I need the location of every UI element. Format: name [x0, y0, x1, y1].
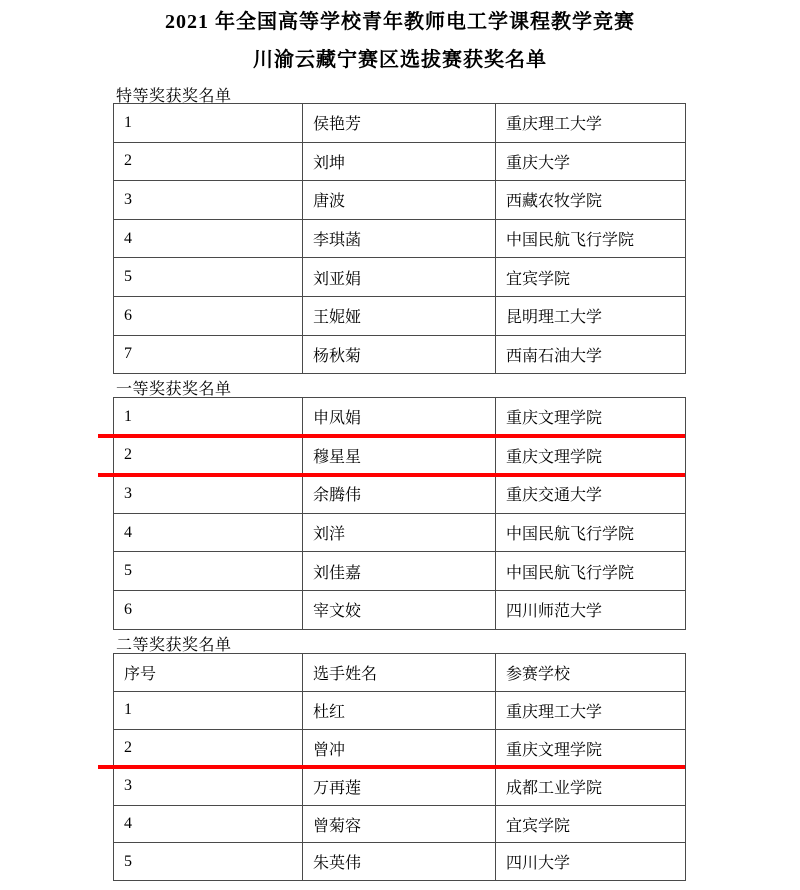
table-row: 1杜红重庆理工大学	[114, 691, 686, 729]
table-row: 5朱英伟四川大学	[114, 843, 686, 881]
name-cell: 曾冲	[303, 729, 496, 767]
table-row: 4曾菊容宜宾学院	[114, 805, 686, 843]
school-cell: 中国民航飞行学院	[496, 513, 686, 552]
table-row: 2刘坤重庆大学	[114, 142, 686, 181]
name-cell: 侯艳芳	[303, 104, 496, 143]
red-underline	[98, 473, 685, 477]
header-rank: 序号	[114, 654, 303, 692]
rank-cell: 4	[114, 513, 303, 552]
name-cell: 刘亚娟	[303, 258, 496, 297]
table-row: 5刘佳嘉中国民航飞行学院	[114, 552, 686, 591]
school-cell: 重庆交通大学	[496, 475, 686, 514]
award-document-page: 2021 年全国高等学校青年教师电工学课程教学竞赛 川渝云藏宁赛区选拔赛获奖名单…	[0, 0, 800, 890]
school-cell: 四川师范大学	[496, 590, 686, 629]
special-prize-table: 1侯艳芳重庆理工大学2刘坤重庆大学3唐波西藏农牧学院4李琪菡中国民航飞行学院5刘…	[113, 103, 685, 374]
school-cell: 宜宾学院	[496, 805, 686, 843]
section-label-second-prize: 二等奖获奖名单	[116, 632, 232, 655]
table-row: 6王妮娅昆明理工大学	[114, 296, 686, 335]
table-row: 5刘亚娟宜宾学院	[114, 258, 686, 297]
name-cell: 唐波	[303, 181, 496, 220]
name-cell: 杨秋菊	[303, 335, 496, 374]
first-prize-table: 1申凤娟重庆文理学院2穆星星重庆文理学院3余腾伟重庆交通大学4刘洋中国民航飞行学…	[113, 397, 685, 630]
table-row: 2穆星星重庆文理学院	[114, 436, 686, 475]
rank-cell: 7	[114, 335, 303, 374]
rank-cell: 4	[114, 805, 303, 843]
rank-cell: 6	[114, 296, 303, 335]
rank-cell: 2	[114, 436, 303, 475]
table-row: 4刘洋中国民航飞行学院	[114, 513, 686, 552]
school-cell: 西南石油大学	[496, 335, 686, 374]
name-cell: 万再莲	[303, 767, 496, 805]
rank-cell: 1	[114, 104, 303, 143]
school-cell: 重庆文理学院	[496, 398, 686, 437]
school-cell: 重庆文理学院	[496, 729, 686, 767]
name-cell: 宰文姣	[303, 590, 496, 629]
name-cell: 李琪菡	[303, 219, 496, 258]
name-cell: 朱英伟	[303, 843, 496, 881]
rank-cell: 1	[114, 691, 303, 729]
school-cell: 重庆文理学院	[496, 436, 686, 475]
rank-cell: 5	[114, 843, 303, 881]
rank-cell: 6	[114, 590, 303, 629]
rank-cell: 4	[114, 219, 303, 258]
rank-cell: 2	[114, 142, 303, 181]
table-header-row: 序号选手姓名参赛学校	[114, 654, 686, 692]
school-cell: 中国民航飞行学院	[496, 219, 686, 258]
school-cell: 重庆大学	[496, 142, 686, 181]
section-label-first-prize: 一等奖获奖名单	[116, 376, 232, 399]
school-cell: 中国民航飞行学院	[496, 552, 686, 591]
rank-cell: 3	[114, 767, 303, 805]
school-cell: 昆明理工大学	[496, 296, 686, 335]
award-table: 1申凤娟重庆文理学院2穆星星重庆文理学院3余腾伟重庆交通大学4刘洋中国民航飞行学…	[113, 397, 686, 630]
table-row: 3唐波西藏农牧学院	[114, 181, 686, 220]
rank-cell: 3	[114, 475, 303, 514]
name-cell: 曾菊容	[303, 805, 496, 843]
header-name: 选手姓名	[303, 654, 496, 692]
table-row: 1申凤娟重庆文理学院	[114, 398, 686, 437]
rank-cell: 1	[114, 398, 303, 437]
name-cell: 穆星星	[303, 436, 496, 475]
rank-cell: 3	[114, 181, 303, 220]
red-underline	[98, 434, 685, 438]
school-cell: 四川大学	[496, 843, 686, 881]
school-cell: 成都工业学院	[496, 767, 686, 805]
doc-title-line1: 2021 年全国高等学校青年教师电工学课程教学竞赛	[0, 5, 800, 34]
name-cell: 杜红	[303, 691, 496, 729]
table-row: 6宰文姣四川师范大学	[114, 590, 686, 629]
header-school: 参赛学校	[496, 654, 686, 692]
school-cell: 宜宾学院	[496, 258, 686, 297]
table-row: 7杨秋菊西南石油大学	[114, 335, 686, 374]
school-cell: 西藏农牧学院	[496, 181, 686, 220]
name-cell: 刘坤	[303, 142, 496, 181]
name-cell: 刘洋	[303, 513, 496, 552]
name-cell: 王妮娅	[303, 296, 496, 335]
table-row: 4李琪菡中国民航飞行学院	[114, 219, 686, 258]
table-row: 3万再莲成都工业学院	[114, 767, 686, 805]
rank-cell: 5	[114, 552, 303, 591]
red-underline	[98, 765, 685, 769]
name-cell: 刘佳嘉	[303, 552, 496, 591]
rank-cell: 5	[114, 258, 303, 297]
table-row: 1侯艳芳重庆理工大学	[114, 104, 686, 143]
school-cell: 重庆理工大学	[496, 104, 686, 143]
name-cell: 申凤娟	[303, 398, 496, 437]
award-table: 1侯艳芳重庆理工大学2刘坤重庆大学3唐波西藏农牧学院4李琪菡中国民航飞行学院5刘…	[113, 103, 686, 374]
name-cell: 余腾伟	[303, 475, 496, 514]
school-cell: 重庆理工大学	[496, 691, 686, 729]
second-prize-table: 序号选手姓名参赛学校1杜红重庆理工大学2曾冲重庆文理学院3万再莲成都工业学院4曾…	[113, 653, 685, 881]
table-row: 3余腾伟重庆交通大学	[114, 475, 686, 514]
table-row: 2曾冲重庆文理学院	[114, 729, 686, 767]
doc-title-line2: 川渝云藏宁赛区选拔赛获奖名单	[0, 43, 800, 72]
rank-cell: 2	[114, 729, 303, 767]
